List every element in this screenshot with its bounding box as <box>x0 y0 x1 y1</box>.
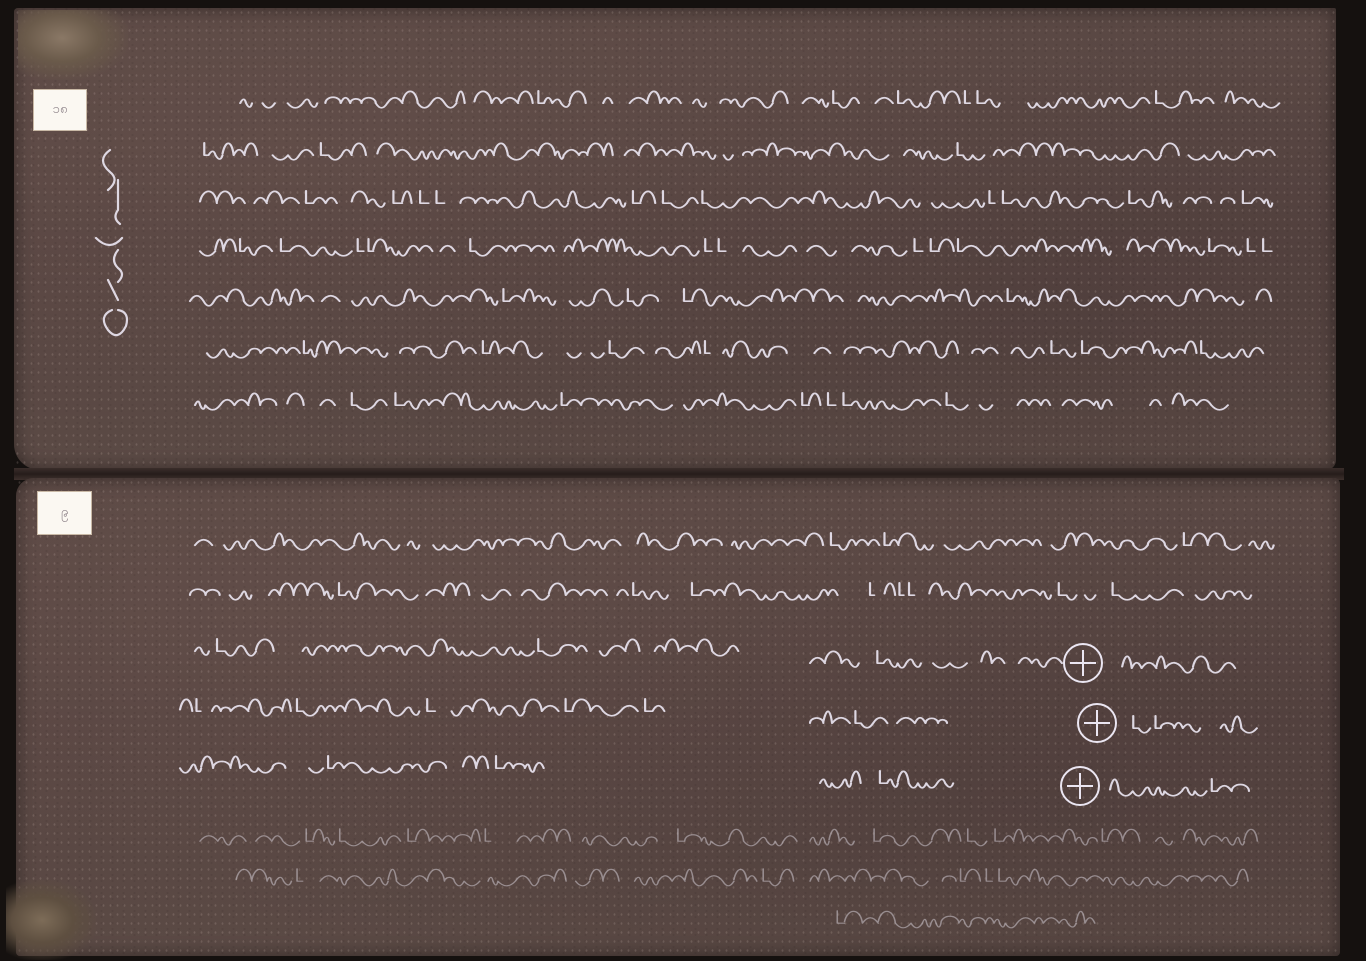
circled-cross-mark-icon <box>1063 643 1103 683</box>
manuscript-line <box>200 180 1270 214</box>
torn-corner-bottom-left <box>6 880 96 960</box>
manuscript-line <box>190 572 1240 606</box>
signatory-name <box>810 700 940 734</box>
manuscript-line <box>200 228 1270 262</box>
folio-number-label-top: ၁၈ <box>33 89 87 131</box>
manuscript-line <box>195 330 1255 364</box>
manuscript-line <box>180 688 660 722</box>
manuscript-line <box>230 80 1270 114</box>
faded-manuscript-line <box>200 818 1250 852</box>
circled-cross-mark-icon <box>1077 703 1117 743</box>
manuscript-line <box>200 132 1270 166</box>
margin-note-vertical <box>88 140 138 360</box>
manuscript-line <box>180 745 540 779</box>
folio-number-label-bottom: ၉ <box>37 491 92 535</box>
signature-label <box>1110 768 1235 802</box>
manuscript-line <box>195 382 1215 416</box>
circled-cross-mark-icon <box>1060 766 1100 806</box>
signature-label <box>1128 705 1253 739</box>
faded-manuscript-line <box>220 858 1240 892</box>
faded-manuscript-line <box>830 900 1090 934</box>
signatory-name <box>820 760 940 794</box>
manuscript-line <box>195 628 735 662</box>
torn-corner-top-left <box>18 10 128 80</box>
manuscript-line <box>195 522 1265 556</box>
signatory-name <box>810 640 1060 674</box>
signature-label <box>1110 645 1235 679</box>
manuscript-line <box>190 278 1270 312</box>
